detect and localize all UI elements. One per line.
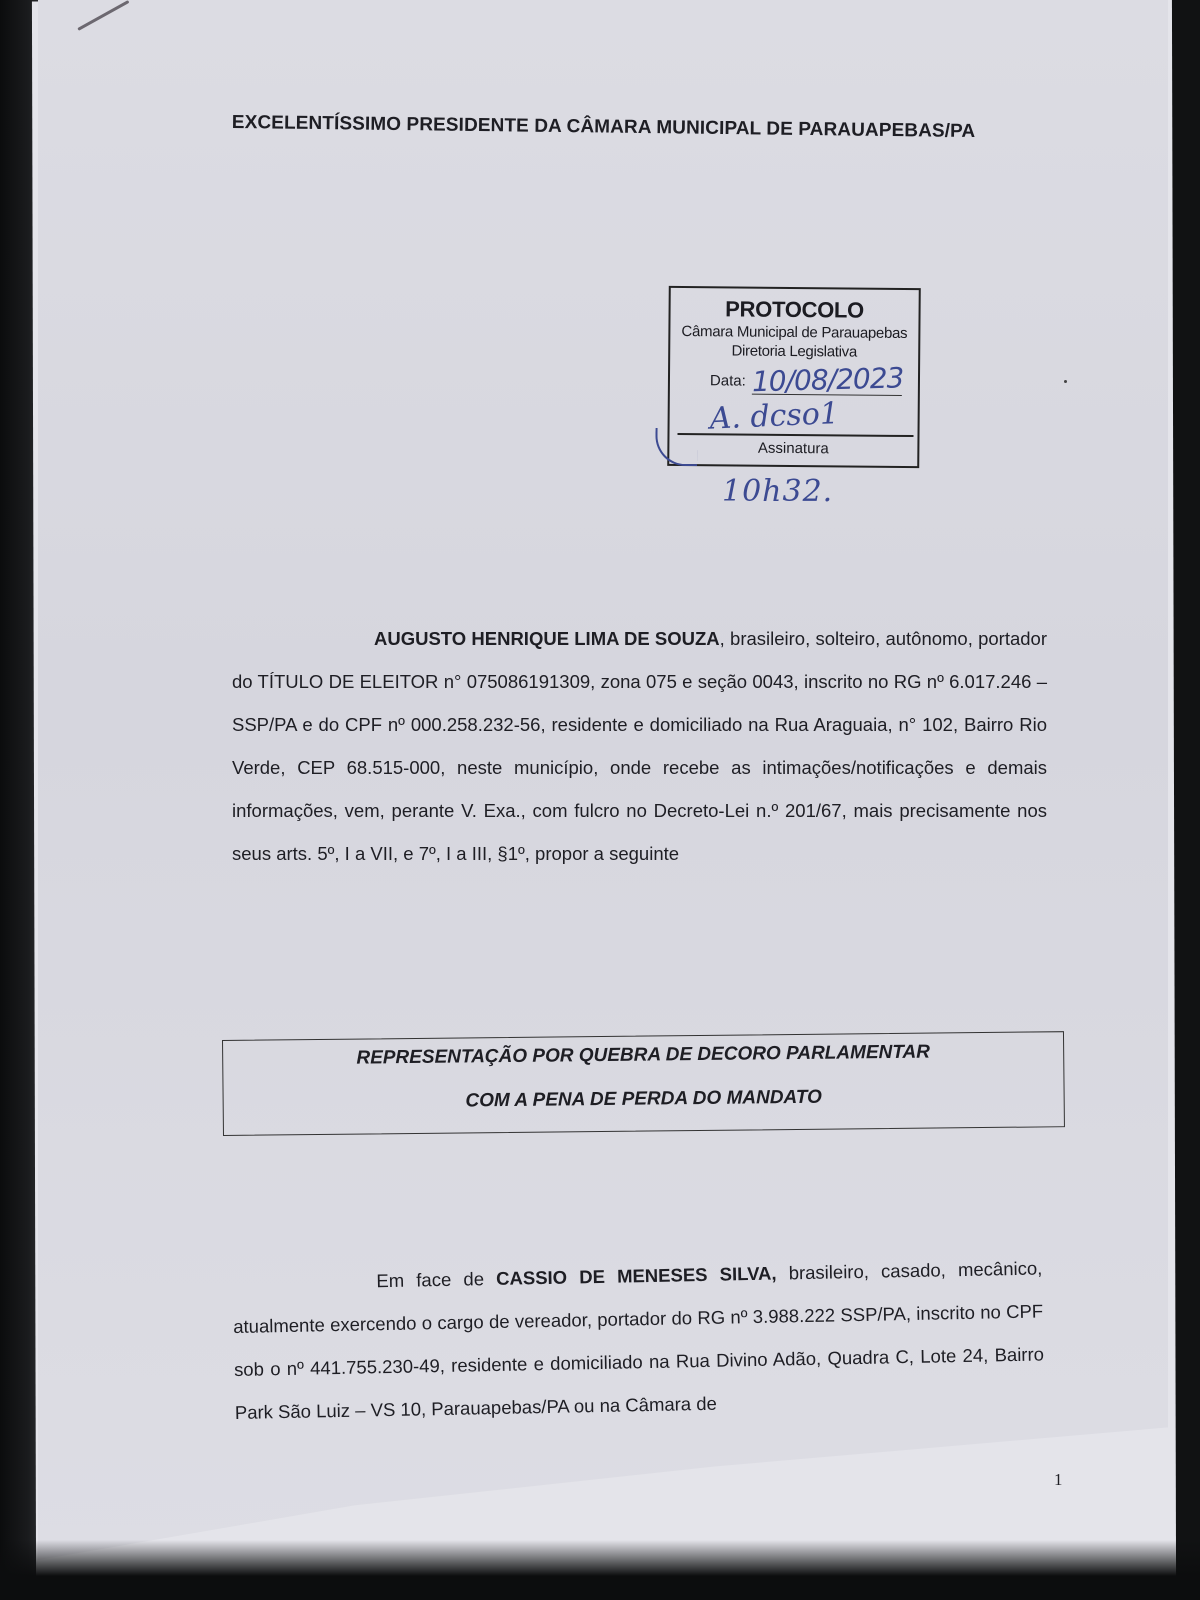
ink-dot	[1064, 380, 1067, 383]
handwritten-time: 10h32.	[722, 474, 833, 509]
stamp-institution: Câmara Municipal de Parauapebas	[670, 322, 918, 343]
respondent-prefix: Em face de	[376, 1268, 496, 1291]
stamp-date-handwritten: 10/08/2023	[752, 361, 904, 398]
respondent-paragraph: Em face de CASSIO DE MENESES SILVA, bras…	[232, 1246, 1045, 1434]
stamp-signature: A. dcso1	[709, 396, 840, 437]
stamp-date-label: Data:	[710, 372, 746, 389]
page-number: 1	[1054, 1470, 1063, 1490]
petitioner-name: AUGUSTO HENRIQUE LIMA DE SOUZA	[374, 628, 720, 649]
petitioner-details: , brasileiro, solteiro, autônomo, portad…	[232, 628, 1047, 864]
petition-title-box: REPRESENTAÇÃO POR QUEBRA DE DECORO PARLA…	[222, 1031, 1065, 1136]
protocol-stamp: PROTOCOLO Câmara Municipal de Parauapeba…	[667, 286, 921, 468]
desk-shadow	[0, 1540, 1200, 1600]
stamp-title: PROTOCOLO	[670, 296, 918, 324]
stamp-signature-label: Assinatura	[669, 439, 917, 458]
stamp-department: Diretoria Legislativa	[670, 341, 918, 362]
petition-title-line1: REPRESENTAÇÃO POR QUEBRA DE DECORO PARLA…	[223, 1040, 1063, 1071]
respondent-name: CASSIO DE MENESES SILVA,	[496, 1263, 777, 1289]
petition-title-line2: COM A PENA DE PERDA DO MANDATO	[224, 1084, 1064, 1115]
petitioner-paragraph: AUGUSTO HENRIQUE LIMA DE SOUZA, brasilei…	[232, 617, 1047, 875]
